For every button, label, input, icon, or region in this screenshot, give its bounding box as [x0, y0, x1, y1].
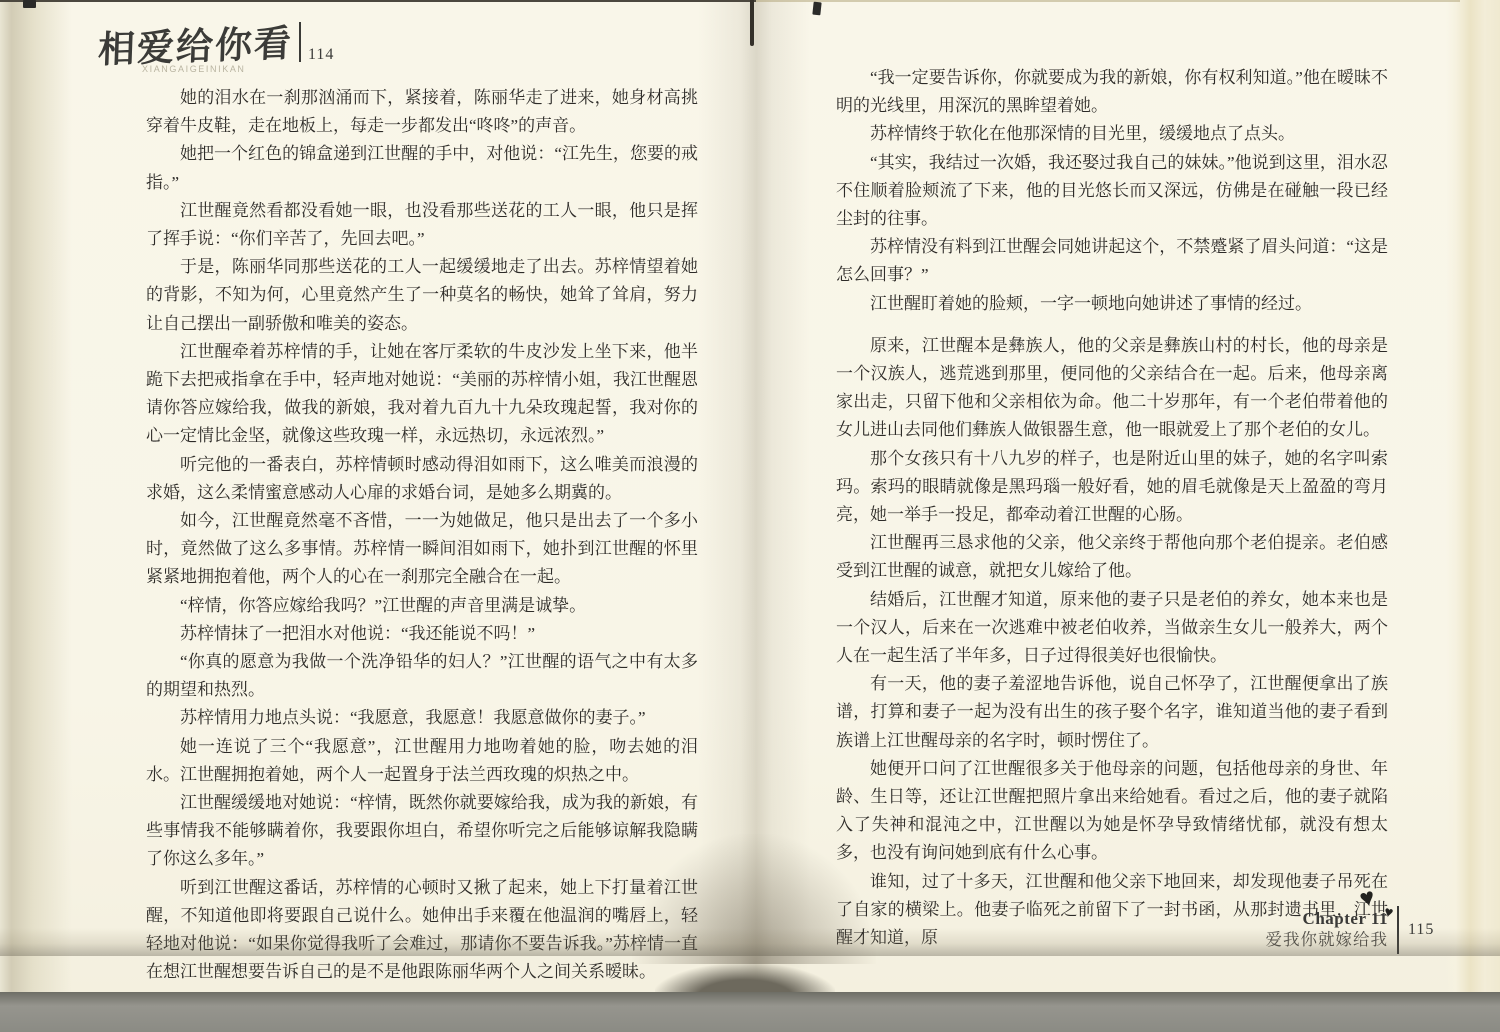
right-page-text: “我一定要告诉你，你就要成为我的新娘，你有权利知道。”他在暧昧不明的光线里，用深… — [836, 64, 1388, 952]
series-logo: 相爱给你看 XIANGAIGEINIKAN — [98, 27, 293, 74]
paragraph: 苏梓情用力地点头说：“我愿意，我愿意！我愿意做你的妻子。” — [146, 704, 698, 732]
paragraph: 有一天，他的妻子羞涩地告诉他，说自己怀孕了，江世醒便拿出了族谱，打算和妻子一起为… — [836, 670, 1388, 755]
paragraph: 江世醒盯着她的脸颊，一字一顿地向她讲述了事情的经过。 — [836, 290, 1388, 318]
page-bottom-edge-shading — [0, 928, 1500, 956]
paragraph: 苏梓情终于软化在他那深情的目光里，缓缓地点了点头。 — [836, 120, 1388, 148]
left-page-number: 114 — [308, 46, 334, 64]
paragraph: “我一定要告诉你，你就要成为我的新娘，你有权利知道。”他在暧昧不明的光线里，用深… — [836, 64, 1388, 120]
scan-artifact-mark — [812, 2, 821, 16]
paragraph-spacer — [836, 318, 1388, 332]
paragraph: 苏梓情没有料到江世醒会同她讲起这个，不禁蹙紧了眉头问道：“这是怎么回事？” — [836, 233, 1388, 289]
paragraph: 原来，江世醒本是彝族人，他的父亲是彝族山村的村长，他的母亲是一个汉族人，逃荒逃到… — [836, 332, 1388, 445]
gutter-top-mark — [750, 0, 754, 46]
book-scan: 相爱给你看 XIANGAIGEINIKAN 114 她的泪水在一刹那汹涌而下，紧… — [0, 0, 1500, 1032]
series-logo-title: 相爱给你看 — [97, 24, 293, 71]
left-page-edge-shading — [0, 0, 72, 994]
paragraph: 那个女孩只有十八九岁的样子，也是附近山里的妹子，她的名字叫索玛。索玛的眼睛就像是… — [836, 445, 1388, 530]
paragraph: 如今，江世醒竟然毫不吝惜，一一为她做足，他只是出去了一个多小时，竟然做了这么多事… — [146, 507, 698, 592]
series-logo-header: 相爱给你看 XIANGAIGEINIKAN 114 — [98, 22, 334, 74]
paragraph: 苏梓情抹了一把泪水对他说：“我还能说不吗！” — [146, 620, 698, 648]
scan-artifact-mark — [23, 0, 36, 8]
chapter-label: Chapter 11 — [1150, 909, 1388, 929]
paragraph: 江世醒牵着苏梓情的手，让她在客厅柔软的牛皮沙发上坐下来，他半跪下去把戒指拿在手中… — [146, 338, 698, 451]
paragraph: 江世醒再三恳求他的父亲，他父亲终于帮他向那个老伯提亲。老伯感受到江世醒的诚意，就… — [836, 529, 1388, 585]
top-edge-line — [0, 0, 756, 2]
paragraph: 她把一个红色的锦盒递到江世醒的手中，对他说：“江先生，您要的戒指。” — [146, 140, 698, 196]
paragraph: 江世醒缓缓地对她说：“梓情，既然你就要嫁给我，成为我的新娘，有些事情我不能够瞒着… — [146, 789, 698, 874]
paragraph: 于是，陈丽华同那些送花的工人一起缓缓地走了出去。苏梓情望着她的背影，不知为何，心… — [146, 253, 698, 338]
paragraph: 她的泪水在一刹那汹涌而下，紧接着，陈丽华走了进来，她身材高挑穿着牛皮鞋，走在地板… — [146, 84, 698, 140]
paragraph: “其实，我结过一次婚，我还娶过我自己的妹妹。”他说到这里，泪水忍不住顺着脸颊流了… — [836, 149, 1388, 234]
page-stack-bottom-edge — [0, 992, 1500, 1032]
top-edge-line-right — [756, 0, 1460, 2]
paragraph: 听完他的一番表白，苏梓情顿时感动得泪如雨下，这么唯美而浪漫的求婚，这么柔情蜜意感… — [146, 451, 698, 507]
paragraph: 结婚后，江世醒才知道，原来他的妻子只是老伯的养女，她本来也是一个汉人，后来在一次… — [836, 586, 1388, 671]
header-divider — [299, 22, 301, 62]
right-page-edge-shading — [1446, 0, 1500, 994]
paragraph: 她一连说了三个“我愿意”，江世醒用力地吻着她的脸，吻去她的泪水。江世醒拥抱着她，… — [146, 733, 698, 789]
paragraph: 江世醒竟然看都没看她一眼，也没看那些送花的工人一眼，他只是挥了挥手说：“你们辛苦… — [146, 197, 698, 253]
paragraph: “你真的愿意为我做一个洗净铅华的妇人？”江世醒的语气之中有太多的期望和热烈。 — [146, 648, 698, 704]
paragraph: 她便开口问了江世醒很多关于他母亲的问题，包括他母亲的身世、年龄、生日等，还让江世… — [836, 755, 1388, 868]
left-page-text: 她的泪水在一刹那汹涌而下，紧接着，陈丽华走了进来，她身材高挑穿着牛皮鞋，走在地板… — [146, 84, 698, 987]
book-spread: 相爱给你看 XIANGAIGEINIKAN 114 她的泪水在一刹那汹涌而下，紧… — [0, 0, 1500, 994]
paragraph: “梓情，你答应嫁给我吗？”江世醒的声音里满是诚挚。 — [146, 592, 698, 620]
